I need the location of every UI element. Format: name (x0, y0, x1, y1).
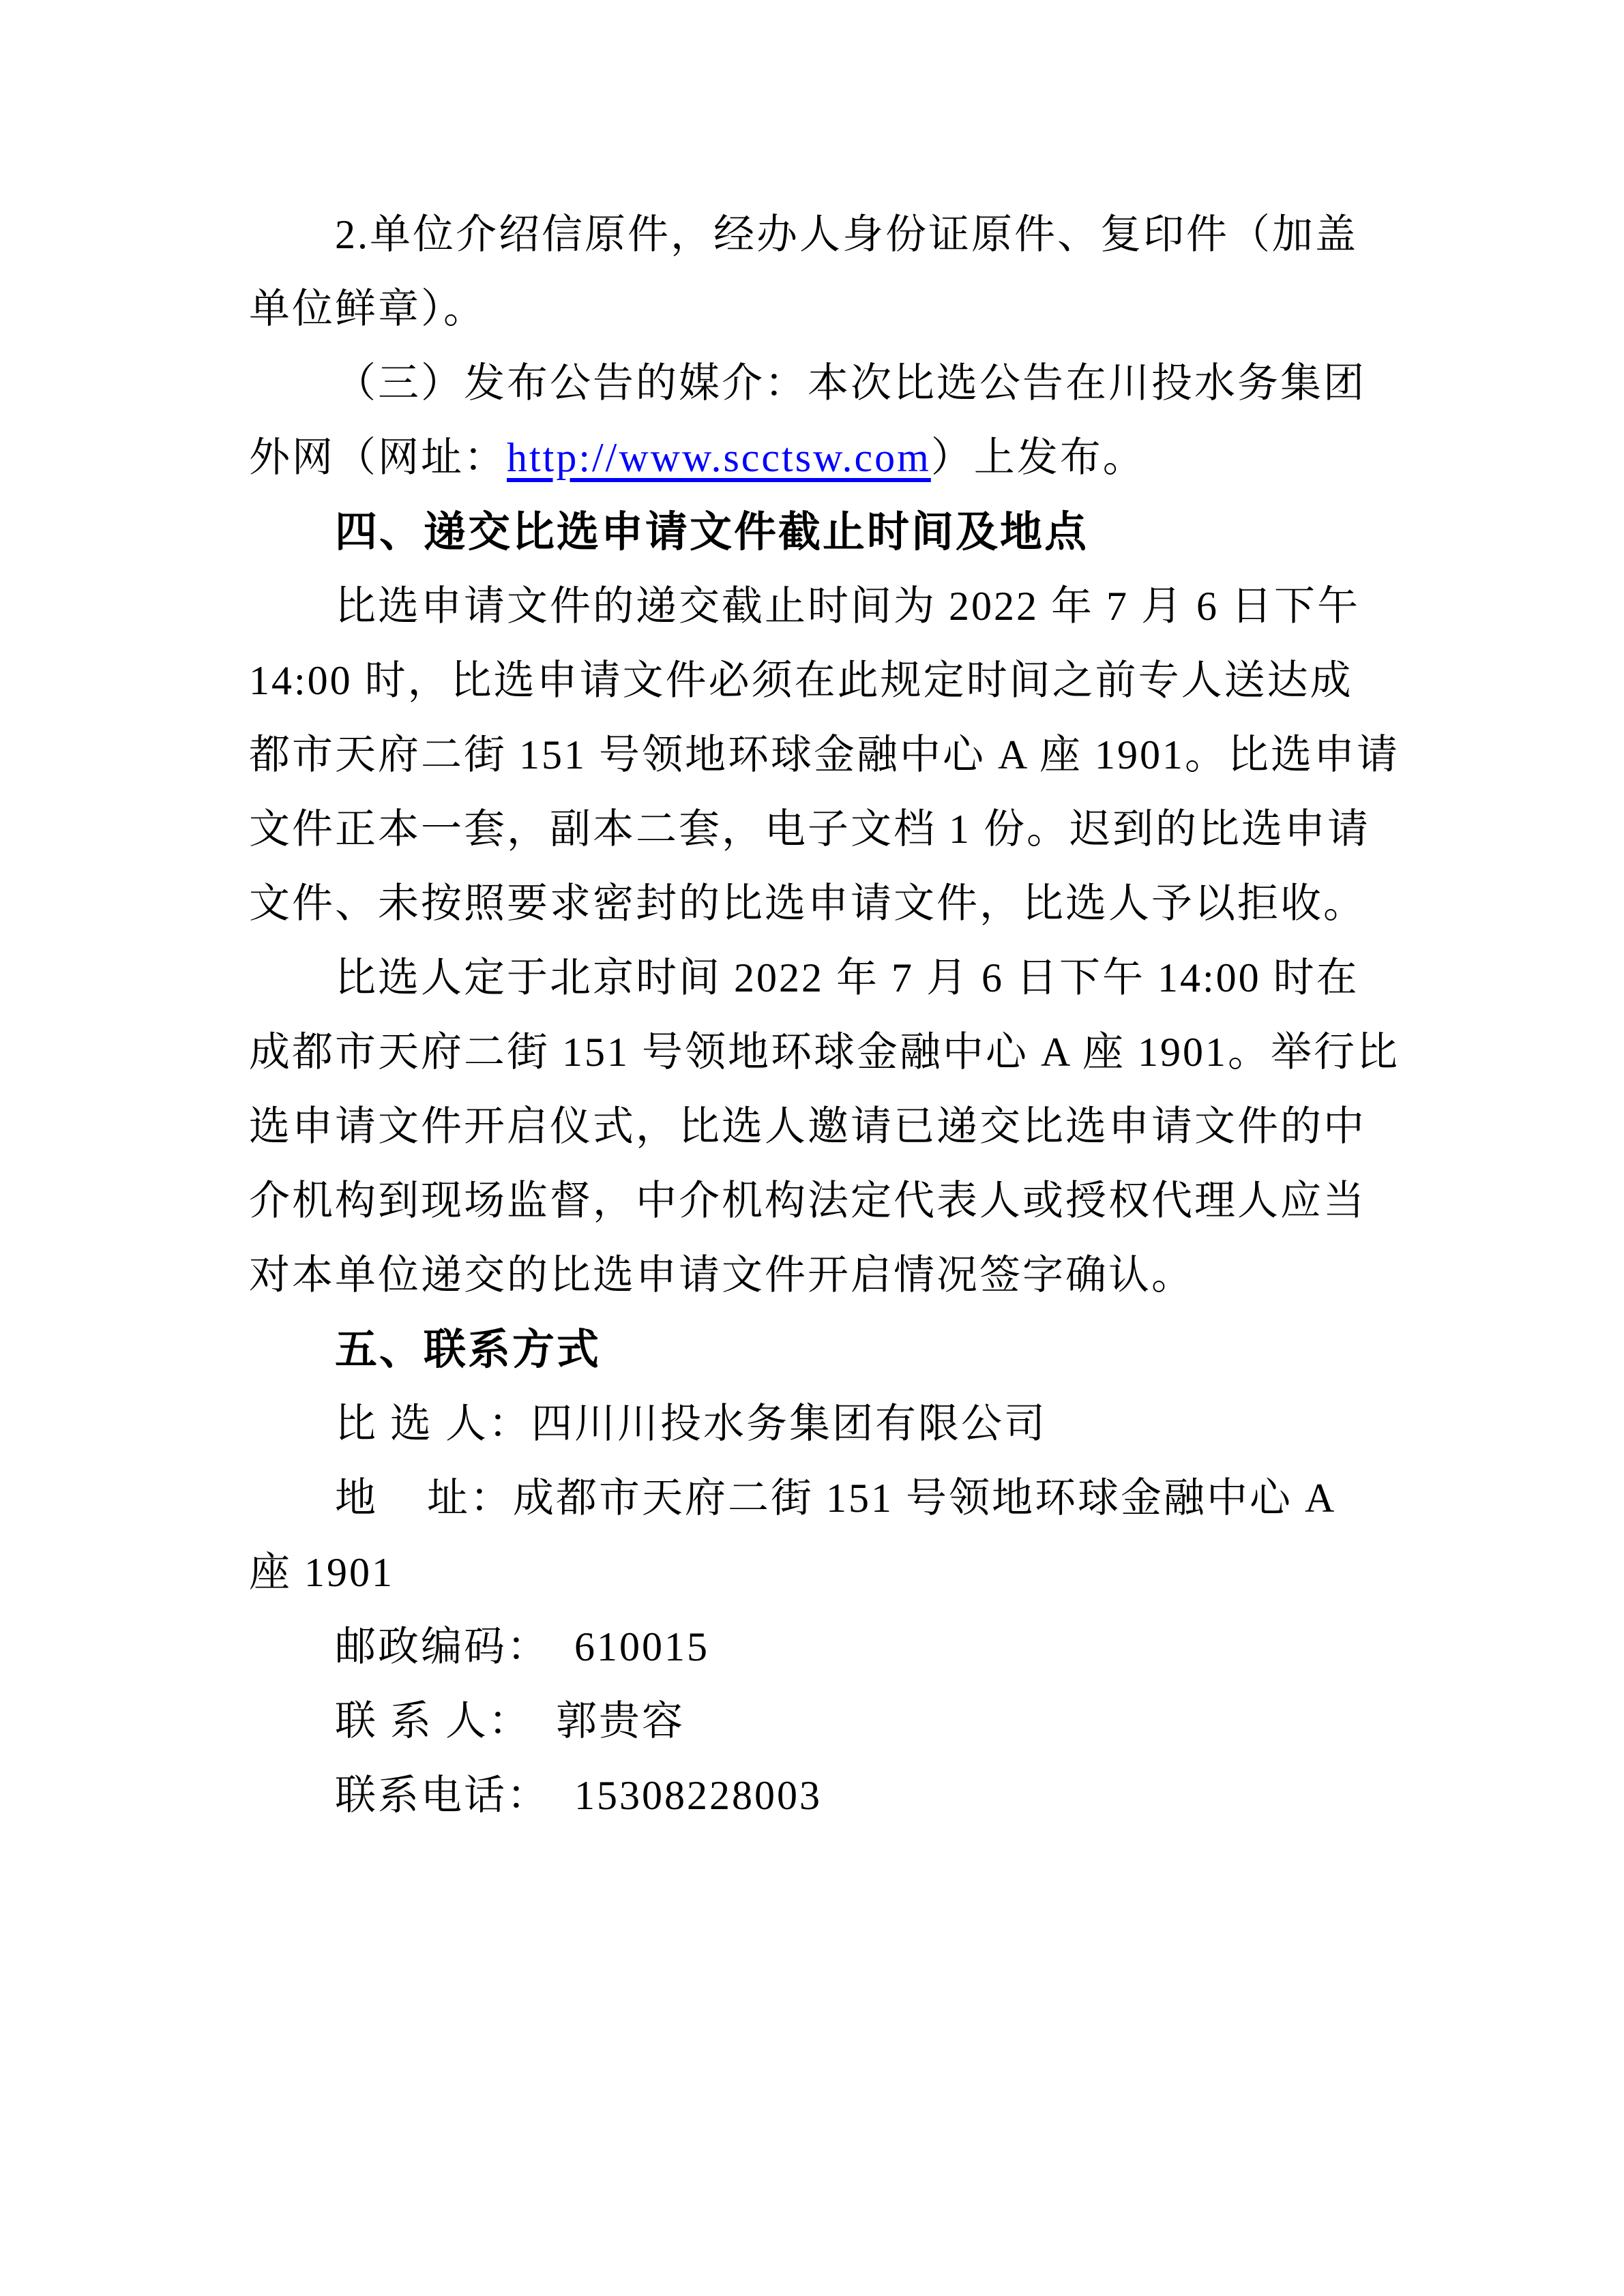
para-deadline-line-5: 文件、未按照要求密封的比选申请文件，比选人予以拒收。 (249, 867, 1374, 941)
website-link[interactable]: http://www.scctsw.com (507, 435, 931, 480)
para-opening-line-5: 对本单位递交的比选申请文件开启情况签字确认。 (249, 1238, 1374, 1313)
url-suffix-text: ）上发布。 (931, 435, 1146, 480)
para-deadline-line-1: 比选申请文件的递交截止时间为 2022 年 7 月 6 日下午 (249, 569, 1374, 644)
contact-person-line: 联 系 人： 郭贵容 (249, 1684, 1374, 1759)
document-page: 2.单位介绍信原件，经办人身份证原件、复印件（加盖 单位鲜章）。 （三）发布公告… (0, 0, 1624, 2296)
contact-postcode-line: 邮政编码： 610015 (249, 1610, 1374, 1684)
para-media-line-1: （三）发布公告的媒介：本次比选公告在川投水务集团 (249, 346, 1374, 421)
contact-address-line-1: 地 址：成都市天府二街 151 号领地环球金融中心 A (249, 1461, 1374, 1536)
section-heading-4: 四、递交比选申请文件截止时间及地点 (249, 495, 1374, 569)
para-certificates-line-1: 2.单位介绍信原件，经办人身份证原件、复印件（加盖 (249, 198, 1374, 272)
document-body: 2.单位介绍信原件，经办人身份证原件、复印件（加盖 单位鲜章）。 （三）发布公告… (249, 198, 1374, 1833)
para-opening-line-2: 成都市天府二街 151 号领地环球金融中心 A 座 1901。举行比 (249, 1015, 1374, 1090)
para-opening-line-1: 比选人定于北京时间 2022 年 7 月 6 日下午 14:00 时在 (249, 941, 1374, 1015)
para-opening-line-3: 选申请文件开启仪式，比选人邀请已递交比选申请文件的中 (249, 1090, 1374, 1164)
para-deadline-line-3: 都市天府二街 151 号领地环球金融中心 A 座 1901。比选申请 (249, 718, 1374, 792)
para-deadline-line-2: 14:00 时，比选申请文件必须在此规定时间之前专人送达成 (249, 644, 1374, 718)
para-opening-line-4: 介机构到现场监督，中介机构法定代表人或授权代理人应当 (249, 1164, 1374, 1238)
contact-address-line-2: 座 1901 (249, 1536, 1374, 1610)
url-prefix-text: 外网（网址： (249, 435, 507, 480)
para-deadline-line-4: 文件正本一套，副本二套，电子文档 1 份。迟到的比选申请 (249, 792, 1374, 867)
section-heading-5: 五、联系方式 (249, 1313, 1374, 1387)
para-certificates-line-2: 单位鲜章）。 (249, 272, 1374, 346)
contact-phone-line: 联系电话： 15308228003 (249, 1759, 1374, 1833)
para-media-line-2: 外网（网址：http://www.scctsw.com）上发布。 (249, 421, 1374, 495)
contact-bidder-line: 比 选 人：四川川投水务集团有限公司 (249, 1387, 1374, 1461)
